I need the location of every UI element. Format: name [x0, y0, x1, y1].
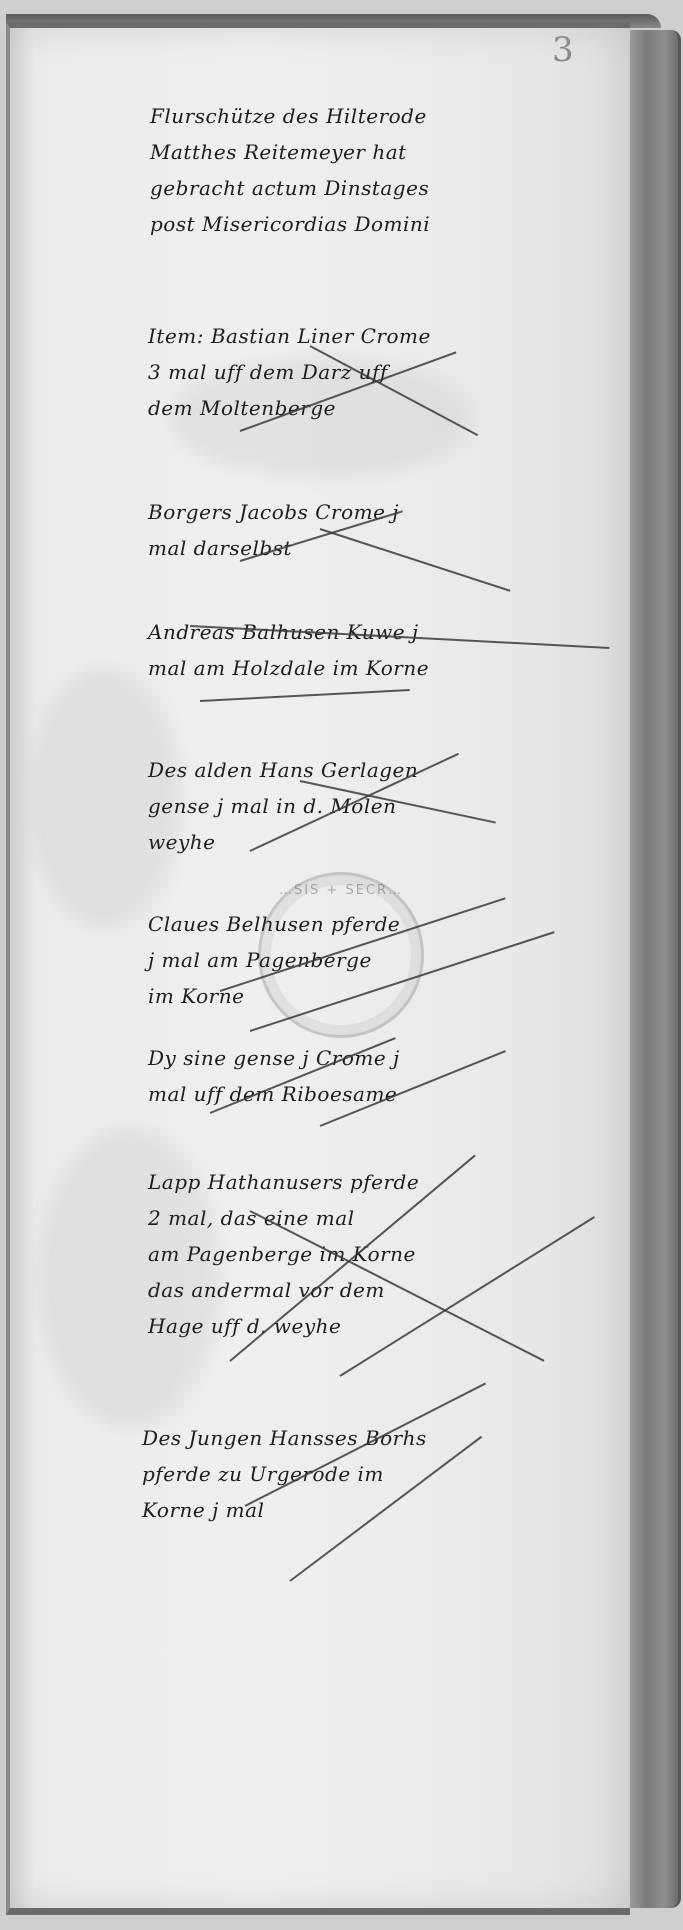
- entry-line: gense j mal in d. Molen: [148, 788, 608, 824]
- entry-line: 3 mal uff dem Darz uff: [148, 354, 608, 390]
- entry-line: mal am Holzdale im Korne: [148, 650, 608, 686]
- entry-line: Lapp Hathanusers pferde: [148, 1164, 608, 1200]
- entry-7: Lapp Hathanusers pferde 2 mal, das eine …: [148, 1164, 608, 1344]
- entry-line: Des Jungen Hansses Borhs: [142, 1420, 602, 1456]
- folio-number: 3: [552, 30, 574, 70]
- entry-2: Borgers Jacobs Crome j mal darselbst: [148, 494, 608, 566]
- entry-line: Korne j mal: [142, 1492, 602, 1528]
- seal-inscription: …SIS + SECR…: [279, 883, 403, 898]
- entry-line: post Misericordias Domini: [150, 206, 610, 242]
- entry-line: Des alden Hans Gerlagen: [148, 752, 608, 788]
- entry-line: Hage uff d. weyhe: [148, 1308, 608, 1344]
- entry-line: Item: Bastian Liner Crome: [148, 318, 608, 354]
- entry-8: Des Jungen Hansses Borhs pferde zu Urger…: [142, 1420, 602, 1528]
- entry-line: Flurschütze des Hilterode: [150, 98, 610, 134]
- entry-line: gebracht actum Dinstages: [150, 170, 610, 206]
- entry-line: am Pagenberge im Korne: [148, 1236, 608, 1272]
- entry-line: Borgers Jacobs Crome j: [148, 494, 608, 530]
- entry-line: j mal am Pagenberge: [148, 942, 608, 978]
- entry-line: im Korne: [148, 978, 608, 1014]
- entry-line: Matthes Reitemeyer hat: [150, 134, 610, 170]
- entry-1: Item: Bastian Liner Crome 3 mal uff dem …: [148, 318, 608, 426]
- entry-line: 2 mal, das eine mal: [148, 1200, 608, 1236]
- entry-heading: Flurschütze des Hilterode Matthes Reitem…: [150, 98, 610, 242]
- entry-line: pferde zu Urgerode im: [142, 1456, 602, 1492]
- entry-line: weyhe: [148, 824, 608, 860]
- entry-line: mal uff dem Riboesame: [148, 1076, 608, 1112]
- entry-line: dem Moltenberge: [148, 390, 608, 426]
- book-fore-edge: [630, 30, 681, 1908]
- entry-3: Andreas Balhusen Kuwe j mal am Holzdale …: [148, 614, 608, 686]
- entry-4: Des alden Hans Gerlagen gense j mal in d…: [148, 752, 608, 860]
- entry-5: Claues Belhusen pferde j mal am Pagenber…: [148, 906, 608, 1014]
